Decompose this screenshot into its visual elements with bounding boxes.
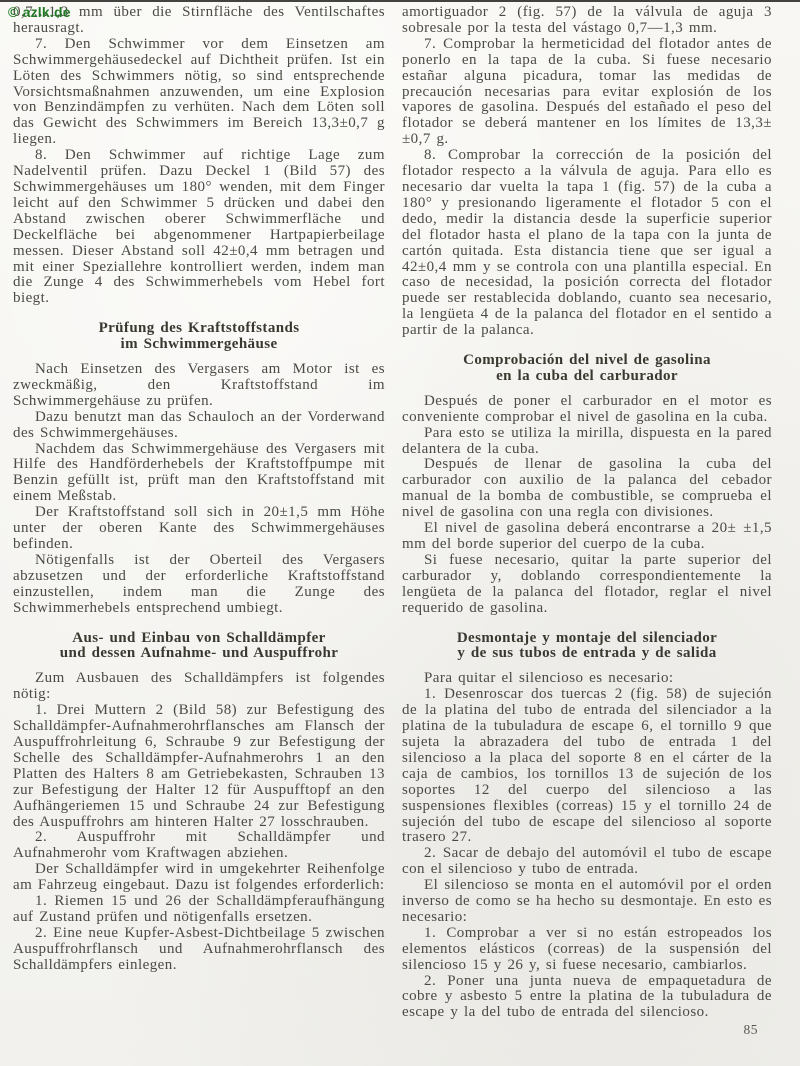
paragraph: 2. Sacar de debajo del automóvil el tubo… <box>402 846 772 878</box>
left-column-german: 0,7…1,3 mm über die Stirnfläche des Vent… <box>13 5 385 1021</box>
paragraph: 7. Comprobar la hermeticidad del flotado… <box>402 37 772 148</box>
paragraph: 7. Den Schwimmer vor dem Einsetzen am Sc… <box>13 37 385 148</box>
right-column-spanish: amortiguador 2 (fig. 57) de la válvula d… <box>402 5 772 1021</box>
paragraph: Después de poner el carburador en el mot… <box>402 394 772 426</box>
paragraph: 1. Riemen 15 und 26 der Schalldämpferauf… <box>13 894 385 926</box>
paragraph: El silencioso se monta en el automóvil p… <box>402 878 772 926</box>
paragraph: Zum Ausbauen des Schalldämpfers ist folg… <box>13 671 385 703</box>
scanned-manual-page: © azlk.de 0,7…1,3 mm über die Stirnfläch… <box>0 0 800 1066</box>
section-heading: Desmontaje y montaje del silenciador y d… <box>402 631 772 663</box>
paragraph: Después de llenar de gasolina la cuba de… <box>402 457 772 521</box>
paragraph: 1. Comprobar a ver si no están estropead… <box>402 926 772 974</box>
paragraph: 8. Den Schwimmer auf richtige Lage zum N… <box>13 148 385 307</box>
paragraph: 2. Poner una junta nueva de empaquetadur… <box>402 974 772 1022</box>
paragraph: Si fuese necesario, quitar la parte supe… <box>402 553 772 617</box>
paragraph: 2. Eine neue Kupfer-Asbest-Dichtbeilage … <box>13 926 385 974</box>
paragraph: Nach Einsetzen des Vergasers am Motor is… <box>13 362 385 410</box>
paragraph: Nötigenfalls ist der Oberteil des Vergas… <box>13 553 385 617</box>
watermark: © azlk.de <box>8 4 71 20</box>
paragraph: Der Kraftstoffstand soll sich in 20±1,5 … <box>13 505 385 553</box>
section-heading: Comprobación del nivel de gasolina en la… <box>402 353 772 385</box>
paragraph: Der Schalldämpfer wird in umgekehrter Re… <box>13 862 385 894</box>
paragraph: 1. Drei Muttern 2 (Bild 58) zur Befestig… <box>13 703 385 830</box>
paragraph: amortiguador 2 (fig. 57) de la válvula d… <box>402 5 772 37</box>
paragraph: Dazu benutzt man das Schauloch an der Vo… <box>13 410 385 442</box>
paragraph: 8. Comprobar la corrección de la posició… <box>402 148 772 339</box>
two-column-layout: 0,7…1,3 mm über die Stirnfläche des Vent… <box>0 0 800 1021</box>
paragraph: Para esto se utiliza la mirilla, dispues… <box>402 426 772 458</box>
paragraph: 2. Auspuffrohr mit Schalldämpfer und Auf… <box>13 830 385 862</box>
paragraph: El nivel de gasolina deberá encontrarse … <box>402 521 772 553</box>
paragraph: Para quitar el silencioso es necesario: <box>402 671 772 687</box>
section-heading: Aus- und Einbau von Schalldämpfer und de… <box>13 631 385 663</box>
section-heading: Prüfung des Kraftstoffstands im Schwimme… <box>13 321 385 353</box>
paragraph: Nachdem das Schwimmergehäuse des Vergase… <box>13 442 385 506</box>
page-number: 85 <box>744 1022 759 1038</box>
paragraph: 1. Desenroscar dos tuercas 2 (fig. 58) d… <box>402 687 772 846</box>
